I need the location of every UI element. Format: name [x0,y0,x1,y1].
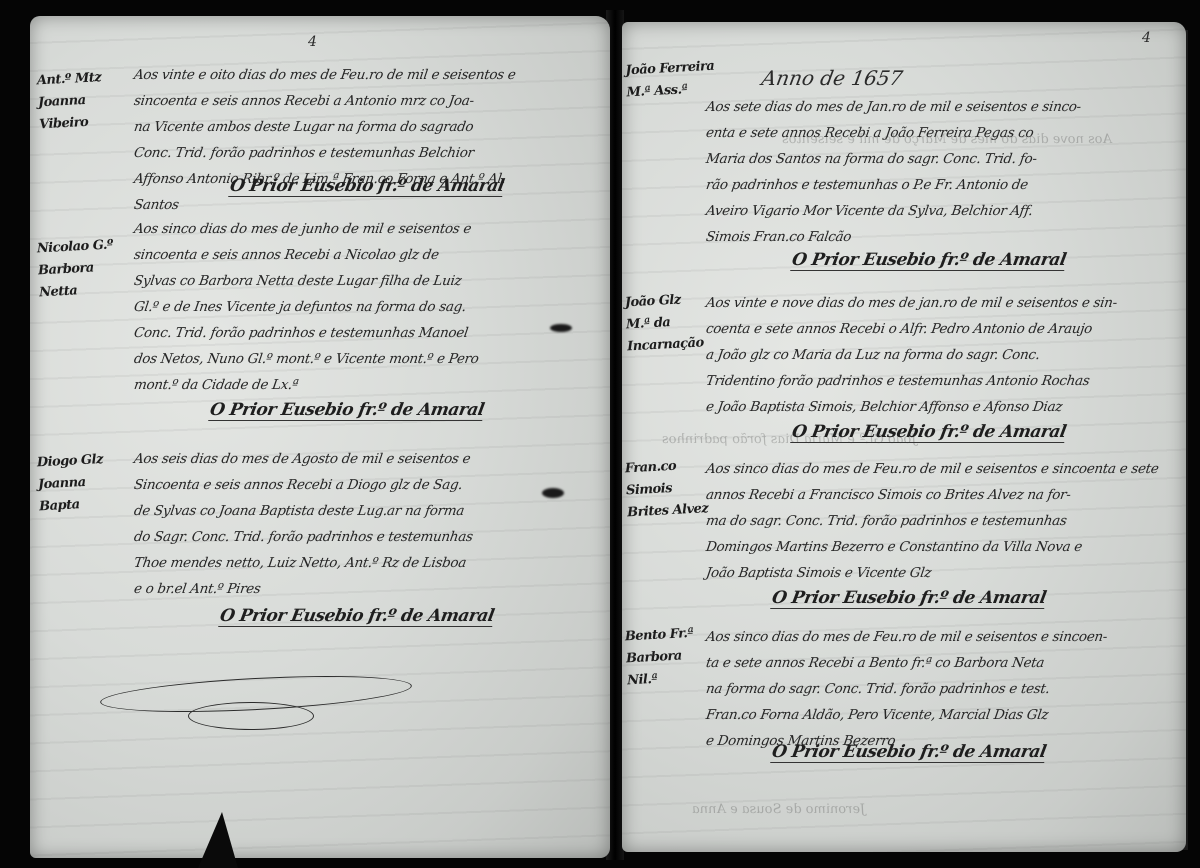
margin-names: Diogo Glz Joanna Bapta [36,448,131,519]
text-line: dos Netos, Nuno Gl.º mont.º e Vicente mo… [132,346,480,372]
entry-text: Aos sete dias do mes de Jan.ro de mil e … [706,94,1081,250]
closing-flourish [188,702,314,730]
text-line: Sincoenta e seis annos Recebi a Diogo gl… [132,472,474,498]
priest-signature: O Prior Eusebio fr.º de Amaral [228,176,505,197]
text-line: Gl.º e de Ines Vicente ja defuntos na fo… [132,294,480,320]
right-page: 4 Anno de 1657 Aos nove dias do mes de M… [622,22,1186,852]
text-line: Aos vinte e nove dias do mes de jan.ro d… [704,290,1119,316]
text-line: na Vicente ambos deste Lugar na forma do… [132,114,517,140]
text-line: Aveiro Vigario Mor Vicente da Sylva, Bel… [704,198,1083,224]
bleed-through-text: Jeronimo de Sousa e Anna [691,802,866,817]
left-page: 4 Ant.º Mtz Joanna Vibeiro Aos vinte e o… [30,16,610,858]
margin-names: Ant.º Mtz Joanna Vibeiro [36,66,131,137]
entry-text: Aos seis dias do mes de Agosto de mil e … [134,446,473,602]
text-line: rão padrinhos e testemunhas o P.e Fr. An… [704,172,1083,198]
text-line: ma do sagr. Conc. Trid. forão padrinhos … [704,508,1160,534]
text-line: na forma do sagr. Conc. Trid. forão padr… [704,676,1109,702]
ink-blot [550,324,572,332]
margin-names: Nicolao G.º Barbora Netta [36,234,131,305]
text-line: Tridentino forão padrinhos e testemunhas… [704,368,1119,394]
text-line: João Baptista Simois e Vicente Glz [704,560,1160,586]
text-line: Conc. Trid. forão padrinhos e testemunha… [132,320,480,346]
text-line: mont.º da Cidade de Lx.ª [132,372,480,398]
bride-name: Barbora Netta [37,256,131,305]
text-line: Aos sinco dias do mes de junho de mil e … [132,216,480,242]
text-line: Sylvas co Barbora Netta deste Lugar filh… [132,268,480,294]
text-line: Domingos Martins Bezerro e Constantino d… [704,534,1160,560]
folio-number: 4 [1142,30,1151,46]
text-line: sincoenta e seis annos Recebi a Antonio … [132,88,517,114]
text-line: coenta e sete annos Recebi o Alfr. Pedro… [704,316,1119,342]
text-line: Thoe mendes netto, Luiz Netto, Ant.º Rz … [132,550,474,576]
margin-names: João Ferreira M.ª Ass.ª [625,56,719,105]
folio-number: 4 [308,34,317,50]
text-line: e o br.el Ant.º Pires [132,576,474,602]
priest-signature: O Prior Eusebio fr.º de Amaral [790,250,1067,271]
text-line: Aos sete dias do mes de Jan.ro de mil e … [704,94,1083,120]
priest-signature: O Prior Eusebio fr.º de Amaral [770,742,1047,763]
entry-text: Aos sinco dias do mes de junho de mil e … [134,216,479,398]
register-entry: João Ferreira M.ª Ass.ª Aos sete dias do… [626,58,1182,248]
priest-signature: O Prior Eusebio fr.º de Amaral [790,422,1067,443]
register-entry: Diogo Glz Joanna Bapta Aos seis dias do … [38,446,598,626]
entry-text: Aos sinco dias do mes de Feu.ro de mil e… [706,456,1159,586]
text-line: Maria dos Santos na forma do sagr. Conc.… [704,146,1083,172]
text-line: Conc. Trid. forão padrinhos e testemunha… [132,140,517,166]
text-line: Aos vinte e oito dias do mes de Feu.ro d… [132,62,517,88]
text-line: enta e sete annos Recebi a João Ferreira… [704,120,1083,146]
text-line: Aos seis dias do mes de Agosto de mil e … [132,446,474,472]
register-entry: João Glz M.ª da Incarnação Aos vinte e n… [626,290,1182,440]
text-line: Simois Fran.co Falcão [704,224,1083,250]
bride-surname: Vibeiro [39,110,132,137]
entry-text: Aos sinco dias do mes de Feu.ro de mil e… [706,624,1107,754]
text-line: e João Baptista Simois, Belchior Affonso… [704,394,1119,420]
priest-signature: O Prior Eusebio fr.º de Amaral [208,400,485,421]
priest-signature: O Prior Eusebio fr.º de Amaral [218,606,495,627]
text-line: ta e sete annos Recebi a Bento fr.ª co B… [704,650,1109,676]
ink-blot [542,488,564,498]
entry-text: Aos vinte e nove dias do mes de jan.ro d… [706,290,1117,420]
text-line: de Sylvas co Joana Baptista deste Lug.ar… [132,498,474,524]
text-line: sincoenta e seis annos Recebi a Nicolao … [132,242,480,268]
text-line: do Sagr. Conc. Trid. forão padrinhos e t… [132,524,474,550]
text-line: annos Recebi a Francisco Simois co Brite… [704,482,1160,508]
text-line: Fran.co Forna Aldão, Pero Vicente, Marci… [704,702,1109,728]
priest-signature: O Prior Eusebio fr.º de Amaral [770,588,1047,609]
bride-name: Joanna Bapta [37,470,131,519]
register-entry: Fran.co Simois Brites Alvez Aos sinco di… [626,456,1182,596]
text-line: a João glz co Maria da Luz na forma do s… [704,342,1119,368]
register-entry: Nicolao G.º Barbora Netta Aos sinco dias… [38,216,598,416]
text-line: Aos sinco dias do mes de Feu.ro de mil e… [704,456,1160,482]
text-line: Aos sinco dias do mes de Feu.ro de mil e… [704,624,1109,650]
